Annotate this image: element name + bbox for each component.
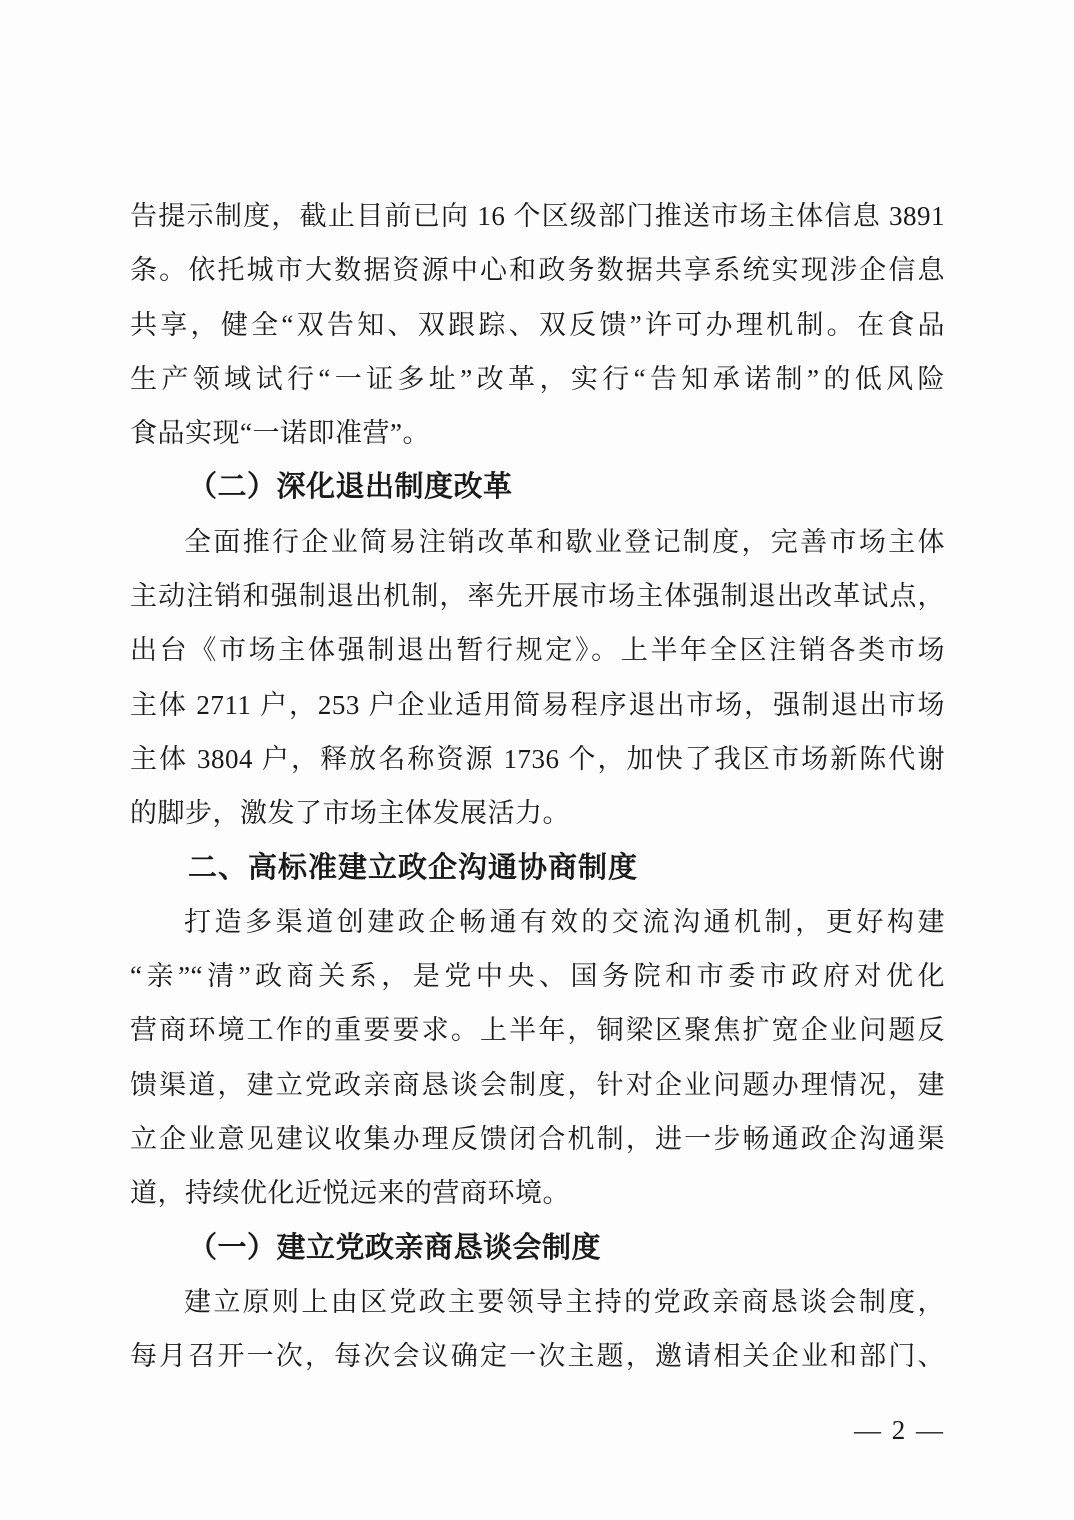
paragraph-forum-system-line-2: 每月召开一次，每次会议确定一次主题，邀请相关企业和部门、 <box>130 1329 945 1383</box>
document-page: 告提示制度，截止目前已向 16 个区级部门推送市场主体信息 3891条。依托城市… <box>0 0 1074 1520</box>
document-body: 告提示制度，截止目前已向 16 个区级部门推送市场主体信息 3891条。依托城市… <box>130 189 945 1384</box>
paragraph-exit-reform-line-6: 的脚步，激发了市场主体发展活力。 <box>130 786 945 840</box>
paragraph-continued-from-previous-page-line-4: 生产领域试行“一证多址”改革，实行“告知承诺制”的低风险 <box>130 352 945 406</box>
paragraph-exit-reform-line-2: 主动注销和强制退出机制，率先开展市场主体强制退出改革试点， <box>130 569 945 623</box>
paragraph-communication-mechanism-line-5: 立企业意见建议收集办理反馈闭合机制，进一步畅通政企沟通渠 <box>130 1112 945 1166</box>
paragraph-communication-mechanism-line-2: “亲”“清”政商关系，是党中央、国务院和市委市政府对优化 <box>130 949 945 1003</box>
section-heading-2-line-1: 二、高标准建立政企沟通协商制度 <box>130 841 945 895</box>
paragraph-exit-reform-line-1: 全面推行企业简易注销改革和歇业登记制度，完善市场主体 <box>130 515 945 569</box>
subsection-heading-2-line-1: （二）深化退出制度改革 <box>130 460 945 514</box>
paragraph-communication-mechanism-line-3: 营商环境工作的重要要求。上半年，铜梁区聚焦扩宽企业问题反 <box>130 1003 945 1057</box>
paragraph-continued-from-previous-page-line-5: 食品实现“一诺即准营”。 <box>130 406 945 460</box>
paragraph-communication-mechanism-line-1: 打造多渠道创建政企畅通有效的交流沟通机制，更好构建 <box>130 895 945 949</box>
paragraph-communication-mechanism-line-6: 道，持续优化近悦远来的营商环境。 <box>130 1166 945 1220</box>
paragraph-exit-reform-line-3: 出台《市场主体强制退出暂行规定》。上半年全区注销各类市场 <box>130 623 945 677</box>
paragraph-continued-from-previous-page-line-2: 条。依托城市大数据资源中心和政务数据共享系统实现涉企信息 <box>130 243 945 297</box>
page-number: — 2 — <box>854 1405 945 1455</box>
paragraph-continued-from-previous-page-line-3: 共享，健全“双告知、双跟踪、双反馈”许可办理机制。在食品 <box>130 298 945 352</box>
paragraph-forum-system-line-1: 建立原则上由区党政主要领导主持的党政亲商恳谈会制度， <box>130 1275 945 1329</box>
paragraph-continued-from-previous-page-line-1: 告提示制度，截止目前已向 16 个区级部门推送市场主体信息 3891 <box>130 189 945 243</box>
subsection-heading-1-line-1: （一）建立党政亲商恳谈会制度 <box>130 1221 945 1275</box>
paragraph-communication-mechanism-line-4: 馈渠道，建立党政亲商恳谈会制度，针对企业问题办理情况，建 <box>130 1058 945 1112</box>
paragraph-exit-reform-line-5: 主体 3804 户，释放名称资源 1736 个，加快了我区市场新陈代谢 <box>130 732 945 786</box>
paragraph-exit-reform-line-4: 主体 2711 户，253 户企业适用简易程序退出市场，强制退出市场 <box>130 678 945 732</box>
